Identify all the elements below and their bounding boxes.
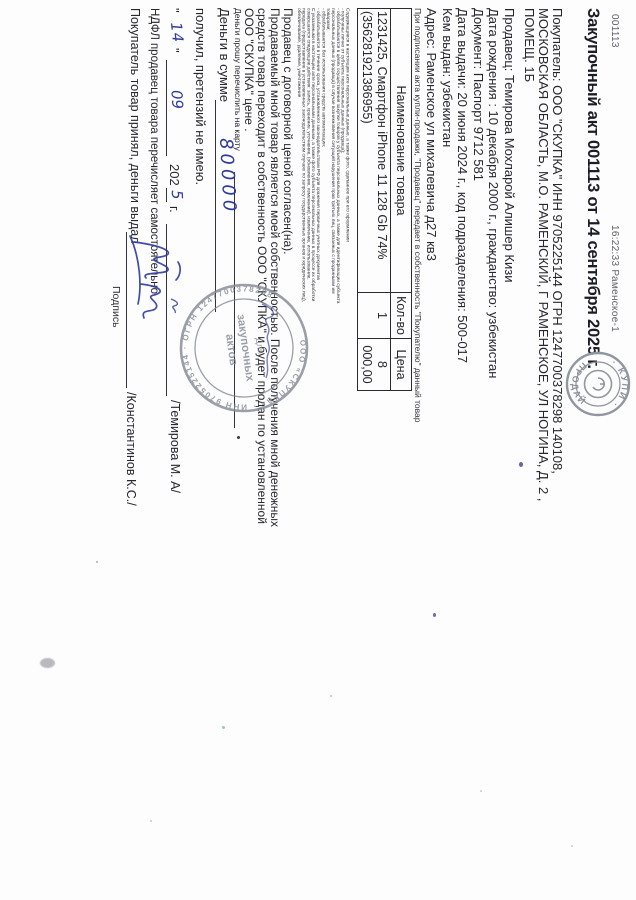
scan-speck	[150, 820, 152, 822]
company-logo: · КУПИ · ПРОДАЙ	[564, 350, 632, 418]
presale-note: При подписании акта купли-продажи, "Прод…	[413, 8, 423, 423]
scan-smudge	[40, 658, 55, 668]
scan-speck	[480, 790, 482, 792]
signature-label: Подпись	[110, 286, 122, 328]
handwritten-amount: 80000	[215, 138, 240, 216]
fine-print-line: - обрабатываются в целях осуществления з…	[335, 8, 340, 440]
price-agree-line: Продавец с договорной ценой согласен(на)…	[281, 8, 294, 255]
item-name-cell: 1231425, Смартфон iPhone 11 128 Gb 74% (…	[358, 9, 391, 293]
handwritten-year-digit: 5	[168, 190, 186, 200]
buyer-line-1: Покупатель: ООО "СКУПКА" ИНН 9705225144 …	[550, 8, 564, 501]
card-transfer-request: Деньги прошу перечислить на карту	[233, 8, 243, 151]
col-header-qty: Кол-во	[391, 293, 412, 339]
seller-signature-name: /Темирова М. А/	[168, 400, 182, 493]
col-header-price: Цена	[391, 339, 412, 391]
goods-header-row: Наименование товара Кол-во Цена	[391, 9, 412, 391]
receipt-page: 001113 16:22:33 Раменское-1 Закупочный а…	[0, 0, 636, 900]
fine-print-line: персональных данных (продавца) в случае …	[331, 8, 336, 440]
seller-issued-by: Кем выдан: узбекистан	[439, 8, 455, 378]
scanned-receipt: 001113 16:22:33 Раменское-1 Закупочный а…	[0, 0, 636, 900]
seller-issue-date: Дата выдачи: 20 июня 2024 г., код подраз…	[455, 8, 471, 378]
goods-item-row: 1231425, Смартфон iPhone 11 128 Gb 74% (…	[358, 9, 391, 391]
ownership-line-3: ООО "СКУПКА" цене .	[242, 8, 255, 132]
received-no-claims-line: получил, претензий не имею.	[193, 8, 208, 185]
ownership-line-2: средств товар переходит в собственность …	[255, 8, 268, 524]
money-sum-label: Деньги в сумме	[217, 8, 232, 102]
buyer-accept-line: Покупатель товар принял, деньги выдал	[128, 8, 142, 244]
print-timestamp-station: 16:22:33 Раменское-1	[609, 225, 620, 332]
col-header-item-name: Наименование товара	[391, 9, 412, 293]
seller-name: Продавец: Темирова Мохларой Алишер Кизи	[501, 8, 517, 378]
seller-block: Продавец: Темирова Мохларой Алишер Кизи …	[423, 8, 517, 378]
handwriting-over-stamp	[254, 300, 280, 390]
handwritten-day: 14	[167, 21, 187, 44]
seller-address: Адрес: Раменское ул михалевича д27 кв3	[423, 8, 439, 378]
company-round-stamp: ООО «СКУПКА» · ИНН 9705225144 · ОГРН 124…	[165, 269, 323, 427]
item-name-line2: (356281921386955)	[359, 11, 374, 290]
item-name-line1: 1231425, Смартфон iPhone 11 128 Gb 74%	[374, 11, 389, 290]
open-quote: "	[167, 8, 182, 13]
goods-table: Наименование товара Кол-во Цена 1231425,…	[357, 8, 412, 391]
buyer-line-2: МОСКОВСКАЯ ОБЛАСТЬ, М.О. РАМЕНСКИЙ, Г РА…	[536, 8, 550, 501]
scan-speck	[330, 695, 332, 697]
scan-speck	[519, 462, 523, 467]
ownership-line-1: Продаваемый мной товар является моей соб…	[268, 8, 281, 527]
ink-dot	[237, 436, 240, 439]
scan-speck	[571, 845, 573, 847]
item-qty-cell: 1	[358, 293, 391, 339]
fine-print-line: Содержащиеся в настоящем акте персональн…	[345, 8, 350, 440]
item-price-cell: 8 000,00	[358, 339, 391, 391]
document-title: Закупочный акт 001113 от 14 сентября 202…	[583, 8, 602, 369]
year-blank-line	[166, 188, 168, 202]
close-quote: "	[167, 48, 182, 53]
stamp-center-line2: закупочных	[234, 314, 255, 383]
scan-speck	[222, 726, 225, 729]
seller-document: Документ: Паспорт 9712 581	[470, 8, 486, 378]
fine-print-line: - обрабатываются без использования средс…	[321, 8, 326, 440]
scan-speck	[96, 561, 98, 563]
buyer-signature-name: /Константинов К.С./	[124, 392, 138, 506]
print-doc-number: 001113	[609, 14, 620, 48]
buyer-block: Покупатель: ООО "СКУПКА" ИНН 9705225144 …	[522, 8, 564, 501]
seller-birth: Дата рождения : 10 декабря 2000 г., граж…	[486, 8, 502, 378]
year-prefix: 202	[167, 164, 182, 186]
year-unit: г.	[167, 206, 182, 213]
buyer-line-3: ПОМЕЩ. 1Б	[522, 8, 536, 501]
scan-speck	[433, 613, 436, 617]
handwritten-month: 09	[167, 89, 186, 109]
